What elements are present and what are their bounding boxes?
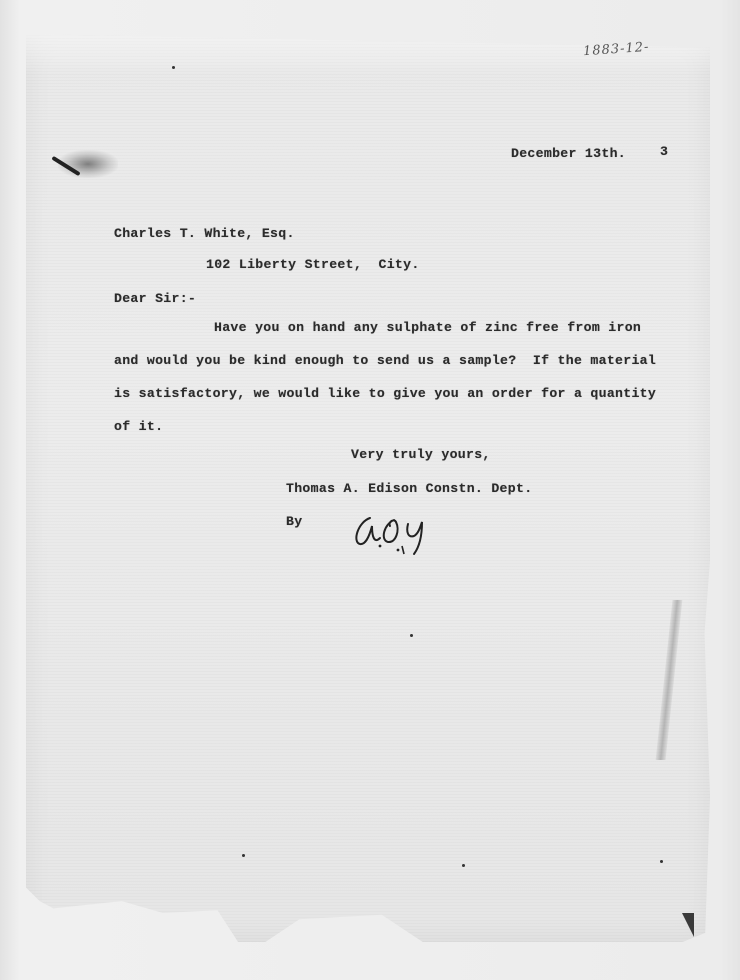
closing: Very truly yours, (351, 447, 491, 462)
paper-speck (172, 66, 175, 69)
recipient-address: 102 Liberty Street, City. (206, 257, 420, 272)
paper-speck (660, 860, 663, 863)
document-scan: 1883-12- December 13th. 3 Charles T. Whi… (0, 0, 740, 980)
body-line: and would you be kind enough to send us … (114, 353, 656, 368)
letter-date: December 13th. (511, 146, 626, 161)
body-line: is satisfactory, we would like to give y… (114, 386, 656, 401)
body-line: Have you on hand any sulphate of zinc fr… (214, 320, 641, 335)
paper-speck (410, 634, 413, 637)
by-label: By (286, 514, 302, 529)
recipient-name: Charles T. White, Esq. (114, 226, 295, 241)
body-line: of it. (114, 419, 163, 434)
paper-speck (462, 864, 465, 867)
page-number: 3 (660, 144, 668, 159)
signature-icon (350, 508, 440, 556)
company-name: Thomas A. Edison Constn. Dept. (286, 481, 532, 496)
paper-speck (242, 854, 245, 857)
salutation: Dear Sir:- (114, 291, 196, 306)
torn-corner (682, 913, 694, 937)
